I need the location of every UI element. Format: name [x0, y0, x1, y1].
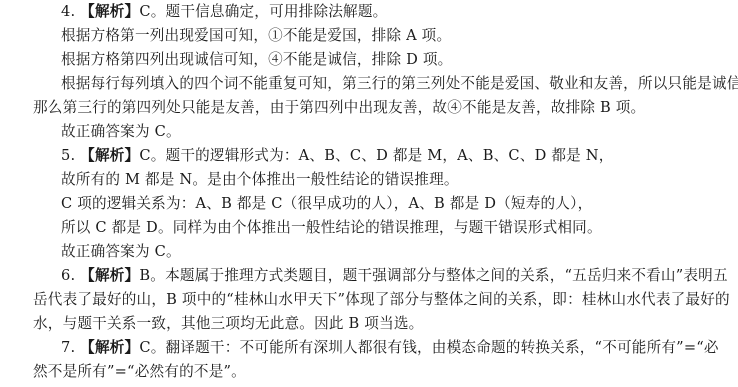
line-text: C。翻译题干：不可能所有深圳人都很有钱，由模态命题的转换关系，“不可能所有”=“… — [139, 339, 718, 356]
text-line: 根据方格第四列出现诚信可知，④不能是诚信，排除 D 项。 — [61, 48, 738, 72]
analysis-label: 【解析】 — [80, 267, 139, 284]
conclusion-line: 故正确答案为 C。 — [61, 240, 738, 264]
analysis-label: 【解析】 — [80, 3, 139, 20]
line-text: B。本题属于推理方式类题目，题干强调部分与整体之间的关系，“五岳归来不看山”表明… — [139, 267, 727, 284]
q5-heading-line: 5. 【解析】C。题干的逻辑形式为：A、B、C、D 都是 M，A、B、C、D 都… — [61, 144, 738, 168]
text-line: 所以 C 都是 D。同样为由个体推出一般性结论的错误推理，与题干错误形式相同。 — [61, 216, 738, 240]
text-line: 根据方格第一列出现爱国可知，①不能是爱国，排除 A 项。 — [61, 24, 738, 48]
text-line: 根据每行每列填入的四个词不能重复可知，第三行的第三列处不能是爱国、敬业和友善，所… — [61, 72, 738, 96]
text-line: 故所有的 M 都是 N。是由个体推出一般性结论的错误推理。 — [61, 168, 738, 192]
text-line: 岳代表了最好的山，B 项中的“桂林山水甲天下”体现了部分与整体之间的关系，即：桂… — [33, 288, 723, 312]
text-line: 水，与题干关系一致，其他三项均无此意。因此 B 项当选。 — [33, 312, 723, 336]
q6-heading-line: 6. 【解析】B。本题属于推理方式类题目，题干强调部分与整体之间的关系，“五岳归… — [61, 264, 738, 288]
text-line: C 项的逻辑关系为：A、B 都是 C（很早成功的人），A、B 都是 D（短寿的人… — [61, 192, 738, 216]
text-line: 那么第三行的第四列处只能是友善，由于第四列中出现友善，故④不能是友善，故排除 B… — [33, 96, 723, 120]
line-text: C。题干信息确定，可用排除法解题。 — [139, 3, 387, 20]
conclusion-line: 故正确答案为 C。 — [61, 120, 738, 144]
question-number: 4. — [61, 3, 75, 20]
question-number: 5. — [61, 147, 75, 164]
question-number: 7. — [61, 339, 75, 356]
analysis-label: 【解析】 — [80, 147, 139, 164]
q7-heading-line: 7. 【解析】C。翻译题干：不可能所有深圳人都很有钱，由模态命题的转换关系，“不… — [61, 336, 738, 360]
q4-heading-line: 4. 【解析】C。题干信息确定，可用排除法解题。 — [61, 0, 738, 24]
text-line: 然不是所有”=“必然有的不是”。 — [33, 360, 723, 384]
question-number: 6. — [61, 267, 75, 284]
line-text: C。题干的逻辑形式为：A、B、C、D 都是 M，A、B、C、D 都是 N， — [139, 147, 613, 164]
analysis-label: 【解析】 — [80, 339, 139, 356]
